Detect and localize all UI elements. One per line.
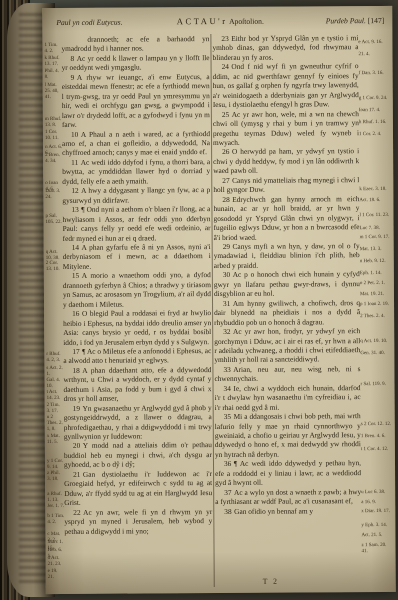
page-body: 1 Tim. 4. 2.k Rhuf. 13. 17.Phil. 4. 8.l … <box>44 33 393 588</box>
verse-text: Gan ofidio yn bennaf am y <box>234 506 313 515</box>
margin-note: z 1 Sam. 20. 41. <box>361 543 393 555</box>
verse-text: Am hynny gwiliwch, a chofiwch, dros q da… <box>214 298 360 327</box>
margin-note: 2 Thes. 2. 4. <box>360 314 392 320</box>
running-header: Paul yn codi Eutycus. ACTAU'r Apoſtolion… <box>56 15 384 27</box>
verse: 27Canys nid ymatteliais rhag mynegi i ch… <box>213 175 359 195</box>
margin-note: m 1 Cor. 9. 17. <box>360 235 392 241</box>
margin-note: 2 Bren. 4. 34. <box>45 153 62 165</box>
verse: 30Ac p o honoch chwi eich hunain y cyfyd… <box>214 269 360 298</box>
margin-note: 1 Cor. 10. 11. <box>45 130 62 142</box>
margin-note: k Ezec. 3. 18. <box>359 187 391 193</box>
verse: 8Ac yr oedd k llawer o lampau yn y lloff… <box>61 53 209 73</box>
verse-text: Ond f nid wyf fi yn gwneuthur cyfrif o d… <box>213 62 359 110</box>
margin-note: 1 Tim. 4. 2. <box>44 43 61 55</box>
verse-text: Ac yr awr hon, wele, mi a wn na chewch c… <box>213 109 359 147</box>
verse-number: 25 <box>222 110 229 119</box>
verse: 24Ond f nid wyf fi yn gwneuthur cyfrif o… <box>213 62 359 110</box>
margin-note: z Phil. 3. 18. <box>47 471 64 483</box>
verse-number: 15 <box>72 271 79 280</box>
margin-note: a 16. 9. <box>361 500 393 506</box>
margin-note: e Act. 9. 16. <box>358 40 390 46</box>
margin-note: Mat. 19. 21. <box>360 292 392 298</box>
verse: 33Arian, neu aur, neu wisg neb, ni s chw… <box>214 364 360 384</box>
bible-page-147: Paul yn codi Eutycus. ACTAU'r Apoſtolion… <box>42 6 396 594</box>
verse: 31Am hynny gwiliwch, a chofiwch, dros q … <box>214 298 360 327</box>
verse-text: Eithr bod yr Yspryd Glân yn e tystio i m… <box>212 33 358 62</box>
margin-note: b 1 Tim. 4. 2. <box>47 514 64 526</box>
verse: 13¶ Ond nyni a aethom o'r blaen i'r llon… <box>62 204 210 243</box>
verse: 16O blegid Paul a roddasai ei fryd ar hw… <box>63 308 211 347</box>
verse-number: 16 <box>72 309 79 318</box>
verse-number: 32 <box>223 327 230 336</box>
verse: 36¶ Ac wedi iddo ddywedyd y pethau hyn, … <box>215 459 361 488</box>
verse-text: Ac a wylo yn dost a wnaeth z pawb; a hwy… <box>215 487 361 506</box>
verse-text: Ac yr awr hon, frodyr, yr ydwyf yn eich … <box>214 326 360 364</box>
margin-note: Jer. 1. 7. <box>47 504 64 510</box>
verse-text: A phan ddaethant atto, efe a ddywedodd w… <box>63 365 211 403</box>
margin-note: 21. 4. <box>358 52 390 58</box>
margin-note: y 1 Cor. 9. 14. <box>47 459 64 471</box>
margin-note: 1 Bren. 4. 6. <box>361 434 393 440</box>
book-photo: Paul yn codi Eutycus. ACTAU'r Apoſtolion… <box>0 0 398 600</box>
verse-number: 36 <box>224 459 231 468</box>
verse: 32Ac yr awr hon, frodyr, yr ydwyf yn eic… <box>214 326 360 365</box>
verse-text: A phan gyfarfu efe â ni yn Assos, nyni a… <box>63 242 211 271</box>
verse-number: 38 <box>224 507 231 516</box>
book-title-caps: ACTAU'r <box>177 16 228 26</box>
left-margin-notes: 1 Tim. 4. 2.k Rhuf. 13. 17.Phil. 4. 8.l … <box>44 35 64 588</box>
verse-number: 11 <box>71 158 78 167</box>
margin-note: Gen. 31. 40. <box>360 351 392 357</box>
verse: 37Ac a wylo yn dost a wnaeth z pawb; a h… <box>215 487 361 507</box>
verse-text: Edrychwch gan hynny arnoch m eich hunain… <box>213 194 359 242</box>
verse-number: 13 <box>71 205 78 214</box>
margin-note: a Rhuf. 1. 13. <box>47 492 64 504</box>
verse-number: 8 <box>70 54 74 63</box>
verse-text: Ac yn awr, wele fi yn d rhwym yn yr yspr… <box>64 507 212 536</box>
margin-note: Diar. 3. 24. <box>45 189 62 201</box>
margin-note: u Luc 6. 38. <box>361 490 393 496</box>
verse-number: 33 <box>223 365 230 374</box>
verse: 20Y modd nad a atteliais ddim o'r pethau… <box>64 441 212 470</box>
verse-text: Ac wedi iddo ddyfod i fynu, a thorri bar… <box>62 157 210 186</box>
signature-mark: T 2 <box>263 577 279 586</box>
margin-note: d Act. 21. 23. <box>48 556 65 568</box>
margin-note: Luc 7. 38. <box>360 226 392 232</box>
verse-number: 23 <box>221 34 228 43</box>
margin-note: t Act. 14. 23. <box>47 390 64 402</box>
running-head-right-text: Purdeb Paul. <box>326 16 366 25</box>
margin-note: e 19. 21. <box>48 569 65 581</box>
margin-note: p Sal. 105. 22. <box>45 214 62 226</box>
verse-number: 17 <box>72 347 79 356</box>
margin-note: o 2 Pet. 2. 1. <box>360 281 392 287</box>
verse-text: drannoeth; ac efe a barhaodd yn ymadrodd… <box>61 34 209 53</box>
verse-number: 10 <box>71 129 78 138</box>
verse-text: Ie, chwi a wyddoch eich hunain, ddarfod … <box>215 383 361 412</box>
margin-note: 1 Cor. 2. 4. <box>359 132 391 138</box>
verse: 17¶ Ac o Miletus efe a anfonodd i Ephesu… <box>63 346 211 366</box>
verse-number: 37 <box>224 488 231 497</box>
verse-text: O blegid Paul a roddasai ei fryd ar hwyl… <box>63 308 211 346</box>
margin-note: n Heb. 9. 12. <box>360 259 392 265</box>
page-number: [147] <box>368 16 385 25</box>
verse: 15A morio a wnaethom oddi yno, a dyfod d… <box>63 270 211 309</box>
verse-number: 28 <box>222 195 229 204</box>
verse-number: 9 <box>71 73 75 82</box>
margin-note: r Rhuf. 4. 2, 3. <box>46 352 63 364</box>
margin-note: q Act. 10. 38. <box>46 250 63 262</box>
margin-note: s 2 Cor. 12. 12. <box>361 422 393 428</box>
margin-note: Phil. 4. 8. <box>45 69 62 81</box>
verse-text: Ac p o honoch chwi eich hunain y cyfyd g… <box>214 269 360 298</box>
verse: 38Gan ofidio yn bennaf am y <box>215 506 361 516</box>
margin-note: Eph. 1. 14. <box>360 271 392 277</box>
verse-number: 14 <box>72 243 79 252</box>
margin-note: Act. 21. 5. <box>361 533 393 539</box>
verse-text: A rhyw wr ieuangc, a'i enw Eutycus, a ei… <box>62 72 210 129</box>
verse-text: A Phaul a n aeth i wared, ac a fyrthiodd… <box>62 129 210 158</box>
verse-text: Canys nid ymatteliais rhag mynegi i chwi… <box>213 175 359 194</box>
verse-text: Arian, neu aur, neu wisg neb, ni s chwen… <box>214 364 360 383</box>
margin-note: y Eph. 3. 14. <box>361 523 393 529</box>
margin-note: l Mat. 25. 40, 41. <box>45 83 62 100</box>
margin-note: 2 Tim. 3. 17. <box>47 403 64 415</box>
left-text-column: drannoeth; ac efe a barhaodd yn ymadrodd… <box>61 34 212 588</box>
verse: 35Mi a ddangosais i chwi bob peth, mai w… <box>215 411 361 459</box>
running-head-right: Purdeb Paul. [147] <box>264 16 384 26</box>
verse: 18A phan ddaethant atto, efe a ddywedodd… <box>63 365 211 404</box>
verse-number: 20 <box>73 441 80 450</box>
verse: drannoeth; ac efe a barhaodd yn ymadrodd… <box>61 34 209 54</box>
margin-note: q Act. 19. 10. <box>360 339 392 345</box>
margin-note: p 1 Ioan 2. 19. <box>360 302 392 308</box>
verse-text: Gan dystiolaethu i'r Iuddewon ac i'r Gro… <box>64 469 212 507</box>
verse-number: 18 <box>72 366 79 375</box>
margin-note: Act. 18. 6. <box>359 198 391 204</box>
margin-note: r Sal. 119. 9. <box>361 382 393 388</box>
verse-text: A morio a wnaethom oddi yno, a dyfod dra… <box>63 270 211 308</box>
verse: 14A phan gyfarfu efe â ni yn Assos, nyni… <box>63 242 211 271</box>
verse-text: Canys myfi a wn hyn, y daw, yn ol o fy y… <box>214 241 360 270</box>
verse-text: A hwy a ddygasant y llangc yn fyw, ac a … <box>62 185 210 204</box>
margin-note: f Dan. 3. 16. <box>359 71 391 77</box>
verse: 26O herwydd pa ham, yr ydwyf yn tystio i… <box>213 147 359 176</box>
margin-note: t 1 Cor. 4. 12. <box>361 447 393 453</box>
verse-number: 19 <box>73 404 80 413</box>
margin-note: Mat. 13. 3. <box>360 247 392 253</box>
verse: 10A Phaul a n aeth i wared, ac a fyrthio… <box>62 129 210 158</box>
verse-number: 22 <box>73 508 80 517</box>
verse-text: Yn gwasanaethu yr Arglwydd gyd â phob y … <box>64 403 212 441</box>
margin-note: Ioan 17. 4. <box>359 108 391 114</box>
margin-note: u 2 Thes. 2. 1, 8. <box>47 415 64 432</box>
verse-text: Mi a ddangosais i chwi bob peth, mai wrt… <box>215 411 361 459</box>
margin-note: m Rhuf. 13. 8. <box>45 117 62 129</box>
verse-number: 12 <box>71 186 78 195</box>
margin-note: h Rhuf. 1. 16. <box>359 120 391 126</box>
verse-number: 26 <box>222 147 229 156</box>
verse: 23Eithr bod yr Yspryd Glân yn e tystio i… <box>212 33 358 62</box>
margin-note: l 1 Cor. 11. 23. <box>359 213 391 219</box>
verse: 12A hwy a ddygasant y llangc yn fyw, ac … <box>62 185 210 205</box>
verse-number: 27 <box>222 176 229 185</box>
margin-note: x Mat. 11. 5. <box>47 434 64 446</box>
verse-number: 21 <box>73 470 80 479</box>
verse-text: ¶ Ac wedi iddo ddywedyd y pethau hyn, ef… <box>215 459 361 488</box>
verse-text: O herwydd pa ham, yr ydwyf yn tystio i c… <box>213 147 359 176</box>
verse: 22Ac yn awr, wele fi yn d rhwym yn yr ys… <box>64 507 212 536</box>
verse-number: 31 <box>223 299 230 308</box>
verse-number: 30 <box>223 270 230 279</box>
margin-note: s Act. 2. 1. <box>46 366 63 378</box>
verse-text: ¶ Ac o Miletus efe a anfonodd i Ephesus,… <box>63 346 211 365</box>
running-head-left: Paul yn codi Eutycus. <box>56 17 176 27</box>
verse-number: 29 <box>223 242 230 251</box>
right-margin-notes: e Act. 9. 16.21. 4.f Dan. 3. 16.g 1 Cor.… <box>358 33 393 586</box>
margin-note: x Diar. 19. 17. <box>361 509 393 515</box>
margin-note: 2 Cor. 13. 10. <box>46 261 63 273</box>
verse: 9A rhyw wr ieuangc, a'i enw Eutycus, a e… <box>62 72 210 130</box>
verse: 29Canys myfi a wn hyn, y daw, yn ol o fy… <box>214 241 360 270</box>
verse-text: Y modd nad a atteliais ddim o'r pethau b… <box>64 441 212 470</box>
margin-note: g 1 Cor. 9. 24. <box>359 96 391 102</box>
verse: 11Ac wedi iddo ddyfod i fynu, a thorri b… <box>62 157 210 186</box>
book-title: ACTAU'r Apoſtolion. <box>177 16 264 27</box>
verse: 34Ie, chwi a wyddoch eich hunain, ddarfo… <box>215 383 361 412</box>
verse: 28Edrychwch gan hynny arnoch m eich huna… <box>213 194 359 242</box>
verse-text: ¶ Ond nyni a aethom o'r blaen i'r llong,… <box>62 204 210 242</box>
verse: 19Yn gwasanaethu yr Arglwydd gyd â phob … <box>64 403 212 442</box>
verse-number: 24 <box>222 62 229 71</box>
verse-number: 35 <box>224 412 231 421</box>
margin-note: Gal. 4. 10. <box>46 378 63 390</box>
margin-note: k Rhuf. 13. 17. <box>45 56 62 68</box>
book-title-sub: Apoſtolion. <box>229 17 264 26</box>
verse-text: Ac yr oedd k llawer o lampau yn y llofft… <box>62 53 210 72</box>
verse: 25Ac yr awr hon, wele, mi a wn na chewch… <box>213 109 359 148</box>
right-text-column: 23Eithr bod yr Yspryd Glân yn e tystio i… <box>212 33 361 587</box>
verse-number: 34 <box>224 384 231 393</box>
verse: 21Gan dystiolaethu i'r Iuddewon ac i'r G… <box>64 469 212 508</box>
